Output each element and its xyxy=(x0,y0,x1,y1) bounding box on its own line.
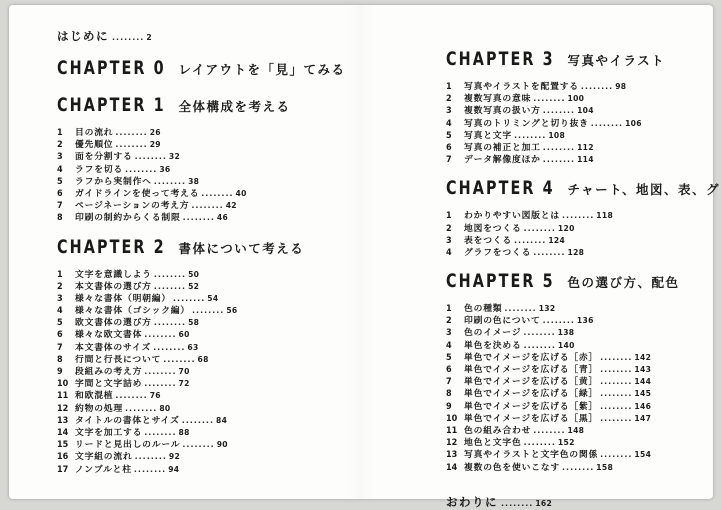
toc-entry-page-number: 42 xyxy=(226,201,237,210)
toc-entry: 6単色でイメージを広げる［青］........143 xyxy=(446,362,708,374)
chapter-number: CHAPTER 4 xyxy=(446,177,555,199)
toc-entry: 12約物の処理........80 xyxy=(57,401,357,413)
toc-entry-page-number: 56 xyxy=(226,306,237,315)
toc-entry-page-number: 92 xyxy=(169,452,180,461)
toc-entry-number: 3 xyxy=(57,294,75,304)
toc-entry: 15リードと見出しのルール........90 xyxy=(57,437,357,449)
toc-entry: 10単色でイメージを広げる［黒］........147 xyxy=(446,411,708,423)
dot-leader: ........ xyxy=(600,450,632,459)
dot-leader: ........ xyxy=(524,438,556,447)
toc-entry-page-number: 80 xyxy=(159,404,170,413)
toc-entry-label: 目の流れ xyxy=(75,125,113,138)
toc-entry-page-number: 70 xyxy=(179,367,190,376)
toc-entry-number: 9 xyxy=(446,402,464,412)
toc-entry-number: 10 xyxy=(446,414,464,424)
chapter-title: 書体について考える xyxy=(178,239,304,257)
toc-entry: 14複数の色を使いこなす........158 xyxy=(446,460,708,472)
dot-leader: ........ xyxy=(524,341,556,350)
chapter-number: CHAPTER 0 xyxy=(57,57,166,79)
toc-entry-label: わかりやすい図版とは xyxy=(464,208,560,221)
toc-entry-page-number: 158 xyxy=(596,463,613,472)
dot-leader: ........ xyxy=(543,106,575,115)
dot-leader: ........ xyxy=(591,119,623,128)
toc-entry-number: 6 xyxy=(57,189,75,199)
toc-entry-label: 単色でイメージを広げる［緑］ xyxy=(464,386,598,399)
toc-entry-page-number: 54 xyxy=(207,294,218,303)
toc-entry-page-number: 138 xyxy=(558,328,575,337)
dot-leader: ........ xyxy=(600,402,632,411)
toc-entry-page-number: 60 xyxy=(179,330,190,339)
toc-entry: 10字間と文字詰め........72 xyxy=(57,376,357,388)
toc-entry-page-number: 114 xyxy=(577,155,594,164)
dot-leader: ........ xyxy=(182,440,214,449)
toc-entry-label: 色の種類 xyxy=(464,301,502,314)
toc-entry-page-number: 94 xyxy=(168,465,179,474)
toc-entry-label: 様々な欧文書体 xyxy=(75,327,142,340)
toc-entry-label: 複数写真の意味 xyxy=(464,91,531,104)
dot-leader: ........ xyxy=(154,282,186,291)
toc-entry-label: 単色でイメージを広げる［紫］ xyxy=(464,399,598,412)
toc-entry-label: 単色を決める xyxy=(464,338,522,351)
toc-entry-page-number: 124 xyxy=(548,236,565,245)
dot-leader: ........ xyxy=(135,452,167,461)
backmatter-page-number: 162 xyxy=(535,499,552,507)
dot-leader: ........ xyxy=(112,33,144,42)
toc-entry-label: 地色と文字色 xyxy=(464,435,522,448)
dot-leader: ........ xyxy=(144,330,176,339)
chapter-title: チャート、地図、表、グラフ xyxy=(567,180,721,198)
chapter-number: CHAPTER 1 xyxy=(57,94,166,116)
toc-entry: 1文字を意識しよう........50 xyxy=(57,267,357,279)
toc-entry: 17ノンブルと柱........94 xyxy=(57,462,357,474)
dot-leader: ........ xyxy=(144,428,176,437)
toc-entry-label: 段組みの考え方 xyxy=(75,364,142,377)
toc-entry-label: 和欧混植 xyxy=(75,388,113,401)
toc-entry-number: 1 xyxy=(57,128,75,138)
dot-leader: ........ xyxy=(543,155,575,164)
dot-leader: ........ xyxy=(514,131,546,140)
toc-entry: 6ガイドラインを使って考える........40 xyxy=(57,186,357,198)
chapter-title: レイアウトを「見」てみる xyxy=(178,60,345,78)
chapter-heading: CHAPTER 4チャート、地図、表、グラフ xyxy=(446,177,708,201)
toc-entry-number: 9 xyxy=(57,367,75,377)
toc-entry-number: 1 xyxy=(446,211,464,221)
toc-entry: 8印刷の制約からくる制限........46 xyxy=(57,210,357,222)
toc-entry-number: 4 xyxy=(446,119,464,129)
toc-entry: 2優先順位........29 xyxy=(57,137,357,149)
toc-entry: 1写真やイラストを配置する........98 xyxy=(446,79,708,91)
toc-entry-number: 7 xyxy=(57,343,75,353)
toc-entry-label: 印刷の制約からくる制限 xyxy=(75,210,181,223)
chapter-number: CHAPTER 3 xyxy=(446,48,555,70)
dot-leader: ........ xyxy=(533,248,565,257)
chapter-heading: CHAPTER 3写真やイラスト xyxy=(446,48,708,72)
toc-entry-page-number: 50 xyxy=(188,270,199,279)
toc-entry-number: 7 xyxy=(57,201,75,211)
toc-entry: 5単色でイメージを広げる［赤］........142 xyxy=(446,350,708,362)
toc-entry-page-number: 148 xyxy=(568,426,585,435)
toc-entry: 6様々な欧文書体........60 xyxy=(57,327,357,339)
dot-leader: ........ xyxy=(154,270,186,279)
toc-entry-label: タイトルの書体とサイズ xyxy=(75,413,180,426)
toc-entry-number: 3 xyxy=(446,236,464,246)
dot-leader: ........ xyxy=(600,414,632,423)
toc-entry-page-number: 142 xyxy=(634,353,651,362)
toc-entry-number: 5 xyxy=(57,177,75,187)
toc-entry-page-number: 106 xyxy=(625,119,642,128)
toc-entry: 14文字を加工する........88 xyxy=(57,425,357,437)
toc-entry-page-number: 38 xyxy=(188,177,199,186)
toc-entry-label: 様々な書体（明朝編） xyxy=(75,291,171,304)
toc-entry-label: ラフから実制作へ xyxy=(75,174,152,187)
toc-entry-label: 行間と行長について xyxy=(75,352,161,365)
toc-entry: 16文字組の流れ........92 xyxy=(57,449,357,461)
toc-entry-number: 2 xyxy=(446,316,464,326)
dot-leader: ........ xyxy=(154,318,186,327)
toc-entry: 4様々な書体（ゴシック編）........56 xyxy=(57,303,357,315)
chapter-item-list: 1文字を意識しよう........502本文書体の選び方........523様… xyxy=(57,267,357,474)
toc-entry-number: 11 xyxy=(57,391,75,401)
toc-entry-page-number: 112 xyxy=(577,143,594,152)
toc-entry-label: 欧文書体の選び方 xyxy=(75,315,152,328)
dot-leader: ........ xyxy=(144,367,176,376)
dot-leader: ........ xyxy=(600,353,632,362)
toc-entry-number: 4 xyxy=(446,248,464,258)
toc-entry-label: 本文書体のサイズ xyxy=(75,340,151,353)
toc-entry-page-number: 98 xyxy=(615,82,626,91)
toc-entry-page-number: 146 xyxy=(634,402,651,411)
dot-leader: ........ xyxy=(191,201,223,210)
toc-entry-page-number: 36 xyxy=(159,165,170,174)
dot-leader: ........ xyxy=(125,165,157,174)
toc-entry-number: 5 xyxy=(446,131,464,141)
toc-entry-page-number: 40 xyxy=(236,189,247,198)
toc-entry-number: 2 xyxy=(446,224,464,234)
toc-entry-number: 12 xyxy=(57,404,75,414)
toc-entry-number: 8 xyxy=(446,389,464,399)
dot-leader: ........ xyxy=(523,328,555,337)
toc-entry-label: 単色でイメージを広げる［黒］ xyxy=(464,411,598,424)
frontmatter-label: はじめに xyxy=(57,28,109,44)
toc-entry: 1目の流れ........26 xyxy=(57,125,357,137)
chapter-item-list: 1色の種類........1322印刷の色について........1363色のイ… xyxy=(446,301,708,472)
toc-entry-page-number: 118 xyxy=(596,211,613,220)
toc-entry-label: 複数の色を使いこなす xyxy=(464,460,560,473)
toc-entry-page-number: 84 xyxy=(216,416,227,425)
toc-entry-label: 印刷の色について xyxy=(464,313,541,326)
toc-entry-label: データ解像度ほか xyxy=(464,152,541,165)
toc-entry-page-number: 143 xyxy=(634,365,651,374)
toc-entry: 3面を分割する........32 xyxy=(57,149,357,161)
dot-leader: ........ xyxy=(581,82,613,91)
dot-leader: ........ xyxy=(115,140,147,149)
toc-entry: 5写真と文字........108 xyxy=(446,128,708,140)
dot-leader: ........ xyxy=(192,306,224,315)
toc-entry-number: 4 xyxy=(446,341,464,351)
dot-leader: ........ xyxy=(115,391,147,400)
toc-entry-label: 単色でイメージを広げる［赤］ xyxy=(464,350,598,363)
chapter-heading: CHAPTER 1全体構成を考える xyxy=(57,94,357,118)
toc-entry: 3複数写真の扱い方........104 xyxy=(446,103,708,115)
toc-entry-number: 13 xyxy=(446,450,464,460)
toc-entry: 9単色でイメージを広げる［紫］........146 xyxy=(446,399,708,411)
toc-entry: 5ラフから実制作へ........38 xyxy=(57,174,357,186)
toc-entry-number: 13 xyxy=(57,416,75,426)
toc-entry: 8単色でイメージを広げる［緑］........145 xyxy=(446,386,708,398)
dot-leader: ........ xyxy=(183,213,215,222)
dot-leader: ........ xyxy=(543,316,575,325)
toc-entry-number: 1 xyxy=(57,270,75,280)
toc-entry: 4写真のトリミングと切り抜き........106 xyxy=(446,116,708,128)
toc-entry-label: ラフを切る xyxy=(75,162,123,175)
toc-entry-number: 12 xyxy=(446,438,464,448)
dot-leader: ........ xyxy=(135,152,167,161)
book-spread: はじめに ........ 2 CHAPTER 0レイアウトを「見」てみるCHA… xyxy=(9,5,713,499)
toc-entry-page-number: 100 xyxy=(568,94,585,103)
toc-entry-page-number: 108 xyxy=(548,131,565,140)
toc-entry: 7本文書体のサイズ........63 xyxy=(57,340,357,352)
toc-entry: 5欧文書体の選び方........58 xyxy=(57,315,357,327)
toc-entry-label: 単色でイメージを広げる［黄］ xyxy=(464,374,598,387)
dot-leader: ........ xyxy=(115,128,147,137)
toc-entry-number: 2 xyxy=(57,140,75,150)
toc-entry-number: 14 xyxy=(57,428,75,438)
dot-leader: ........ xyxy=(600,365,632,374)
toc-entry-page-number: 63 xyxy=(187,343,198,352)
toc-entry: 3表をつくる........124 xyxy=(446,233,708,245)
toc-entry-label: リードと見出しのルール xyxy=(75,437,180,450)
toc-entry-page-number: 52 xyxy=(188,282,199,291)
toc-entry-page-number: 26 xyxy=(150,128,161,137)
toc-entry-label: 面を分割する xyxy=(75,149,133,162)
toc-entry: 2地図をつくる........120 xyxy=(446,221,708,233)
toc-entry: 7単色でイメージを広げる［黄］........144 xyxy=(446,374,708,386)
toc-entry: 2複数写真の意味........100 xyxy=(446,91,708,103)
toc-entry-page-number: 154 xyxy=(634,450,651,459)
toc-entry-number: 5 xyxy=(446,353,464,363)
toc-entry: 7データ解像度ほか........114 xyxy=(446,152,708,164)
toc-entry-label: 色の組み合わせ xyxy=(464,423,531,436)
toc-entry-label: 字間と文字詰め xyxy=(75,376,142,389)
toc-entry-page-number: 128 xyxy=(568,248,585,257)
right-column-chapters: CHAPTER 3写真やイラスト1写真やイラストを配置する........982… xyxy=(446,48,708,472)
toc-entry-number: 5 xyxy=(57,318,75,328)
toc-entry-number: 1 xyxy=(446,82,464,92)
toc-entry-number: 6 xyxy=(57,330,75,340)
toc-entry-page-number: 152 xyxy=(558,438,575,447)
chapter-title: 写真やイラスト xyxy=(567,51,665,69)
toc-entry-label: 複数写真の扱い方 xyxy=(464,103,541,116)
dot-leader: ........ xyxy=(182,416,214,425)
dot-leader: ........ xyxy=(543,143,575,152)
toc-entry-number: 3 xyxy=(57,152,75,162)
chapter-heading: CHAPTER 0レイアウトを「見」てみる xyxy=(57,57,357,81)
toc-entry: 1色の種類........132 xyxy=(446,301,708,313)
toc-entry-page-number: 88 xyxy=(179,428,190,437)
toc-entry: 9段組みの考え方........70 xyxy=(57,364,357,376)
chapter-number: CHAPTER 2 xyxy=(57,236,166,258)
toc-entry-page-number: 140 xyxy=(558,341,575,350)
toc-entry-number: 1 xyxy=(446,304,464,314)
chapter-item-list: 1写真やイラストを配置する........982複数写真の意味........1… xyxy=(446,79,708,164)
toc-entry-number: 6 xyxy=(446,365,464,375)
dot-leader: ........ xyxy=(153,343,185,352)
toc-entry-page-number: 145 xyxy=(634,389,651,398)
toc-entry-page-number: 46 xyxy=(217,213,228,222)
toc-entry-label: 文字を加工する xyxy=(75,425,142,438)
toc-entry-number: 3 xyxy=(446,328,464,338)
dot-leader: ........ xyxy=(562,463,594,472)
dot-leader: ........ xyxy=(504,304,536,313)
toc-entry-page-number: 58 xyxy=(188,318,199,327)
toc-entry-page-number: 68 xyxy=(198,355,209,364)
dot-leader: ........ xyxy=(163,355,195,364)
chapter-title: 全体構成を考える xyxy=(178,97,290,115)
toc-entry-label: 色のイメージ xyxy=(464,325,521,338)
toc-entry: 4単色を決める........140 xyxy=(446,338,708,350)
toc-entry-label: 写真の補正と加工 xyxy=(464,140,541,153)
toc-entry-page-number: 29 xyxy=(150,140,161,149)
toc-entry-number: 2 xyxy=(57,282,75,292)
toc-entry: 3様々な書体（明朝編）........54 xyxy=(57,291,357,303)
toc-entry-number: 2 xyxy=(446,94,464,104)
chapter-heading: CHAPTER 2書体について考える xyxy=(57,236,357,260)
toc-entry-number: 14 xyxy=(446,463,464,473)
dot-leader: ........ xyxy=(533,94,565,103)
toc-entry: 7ページネーションの考え方........42 xyxy=(57,198,357,210)
toc-entry-label: 約物の処理 xyxy=(75,401,123,414)
toc-entry-label: ノンブルと柱 xyxy=(75,462,132,475)
toc-entry-label: 写真のトリミングと切り抜き xyxy=(464,116,589,129)
toc-entry-page-number: 104 xyxy=(577,106,594,115)
dot-leader: ........ xyxy=(533,426,565,435)
toc-entry-label: 文字組の流れ xyxy=(75,449,133,462)
frontmatter-page-number: 2 xyxy=(146,33,152,42)
toc-entry-label: 写真やイラストを配置する xyxy=(464,79,579,92)
toc-entry: 2本文書体の選び方........52 xyxy=(57,279,357,291)
toc-entry: 1わかりやすい図版とは........118 xyxy=(446,208,708,220)
dot-leader: ........ xyxy=(125,404,157,413)
frontmatter-entry: はじめに ........ 2 xyxy=(57,28,357,44)
dot-leader: ........ xyxy=(562,211,594,220)
toc-entry: 3色のイメージ........138 xyxy=(446,325,708,337)
toc-entry: 13タイトルの書体とサイズ........84 xyxy=(57,413,357,425)
toc-entry: 11和欧混植........76 xyxy=(57,388,357,400)
toc-entry-page-number: 76 xyxy=(150,391,161,400)
chapter-number: CHAPTER 5 xyxy=(446,270,555,292)
dot-leader: ........ xyxy=(144,379,176,388)
toc-entry-page-number: 144 xyxy=(634,377,651,386)
toc-entry-label: ページネーションの考え方 xyxy=(75,198,189,211)
toc-entry-number: 7 xyxy=(446,155,464,165)
toc-entry-label: 単色でイメージを広げる［青］ xyxy=(464,362,598,375)
toc-entry-number: 3 xyxy=(446,106,464,116)
toc-entry-label: 本文書体の選び方 xyxy=(75,279,152,292)
toc-entry-number: 8 xyxy=(57,355,75,365)
toc-entry-number: 16 xyxy=(57,452,75,462)
chapter-item-list: 1目の流れ........262優先順位........293面を分割する...… xyxy=(57,125,357,223)
toc-entry-page-number: 120 xyxy=(558,224,575,233)
toc-entry: 11色の組み合わせ........148 xyxy=(446,423,708,435)
dot-leader: ........ xyxy=(600,389,632,398)
toc-entry-number: 4 xyxy=(57,306,75,316)
toc-entry-page-number: 136 xyxy=(577,316,594,325)
toc-entry-label: 文字を意識しよう xyxy=(75,267,152,280)
toc-entry-page-number: 132 xyxy=(539,304,556,313)
toc-entry-label: 写真と文字 xyxy=(464,128,512,141)
dot-leader: ........ xyxy=(524,224,556,233)
toc-entry-number: 17 xyxy=(57,465,75,475)
toc-entry: 12地色と文字色........152 xyxy=(446,435,708,447)
toc-entry-label: 様々な書体（ゴシック編） xyxy=(75,303,190,316)
backmatter-entry: おわりに ........ 162 xyxy=(446,494,708,507)
toc-entry: 6写真の補正と加工........112 xyxy=(446,140,708,152)
dot-leader: ........ xyxy=(134,465,166,474)
toc-entry-label: 優先順位 xyxy=(75,137,113,150)
dot-leader: ........ xyxy=(173,294,205,303)
chapter-item-list: 1わかりやすい図版とは........1182地図をつくる........120… xyxy=(446,208,708,257)
toc-entry: 4グラフをつくる........128 xyxy=(446,245,708,257)
backmatter-label: おわりに xyxy=(446,494,498,507)
toc-entry-label: グラフをつくる xyxy=(464,245,531,258)
right-page: CHAPTER 3写真やイラスト1写真やイラストを配置する........982… xyxy=(446,5,708,499)
toc-entry: 2印刷の色について........136 xyxy=(446,313,708,325)
toc-entry-number: 15 xyxy=(57,440,75,450)
toc-entry-label: 写真やイラストと文字色の関係 xyxy=(464,447,598,460)
toc-entry-page-number: 32 xyxy=(169,152,180,161)
dot-leader: ........ xyxy=(600,377,632,386)
toc-entry-label: 地図をつくる xyxy=(464,221,522,234)
toc-entry: 13写真やイラストと文字色の関係........154 xyxy=(446,447,708,459)
toc-entry-number: 6 xyxy=(446,143,464,153)
dot-leader: ........ xyxy=(201,189,233,198)
chapter-heading: CHAPTER 5色の選び方、配色 xyxy=(446,270,708,294)
dot-leader: ........ xyxy=(514,236,546,245)
left-page: はじめに ........ 2 CHAPTER 0レイアウトを「見」てみるCHA… xyxy=(57,5,357,499)
left-column-chapters: CHAPTER 0レイアウトを「見」てみるCHAPTER 1全体構成を考える1目… xyxy=(57,57,357,474)
dot-leader: ........ xyxy=(154,177,186,186)
chapter-title: 色の選び方、配色 xyxy=(567,273,679,291)
toc-entry-label: ガイドラインを使って考える xyxy=(75,186,199,199)
toc-entry: 4ラフを切る........36 xyxy=(57,162,357,174)
toc-entry-number: 7 xyxy=(446,377,464,387)
toc-entry-page-number: 147 xyxy=(634,414,651,423)
toc-entry-number: 4 xyxy=(57,165,75,175)
toc-entry-label: 表をつくる xyxy=(464,233,512,246)
toc-entry-number: 10 xyxy=(57,379,75,389)
toc-entry-number: 8 xyxy=(57,213,75,223)
toc-entry-page-number: 90 xyxy=(217,440,228,449)
dot-leader: ........ xyxy=(501,499,533,507)
toc-entry-page-number: 72 xyxy=(179,379,190,388)
toc-entry: 8行間と行長について........68 xyxy=(57,352,357,364)
toc-entry-number: 11 xyxy=(446,426,464,436)
